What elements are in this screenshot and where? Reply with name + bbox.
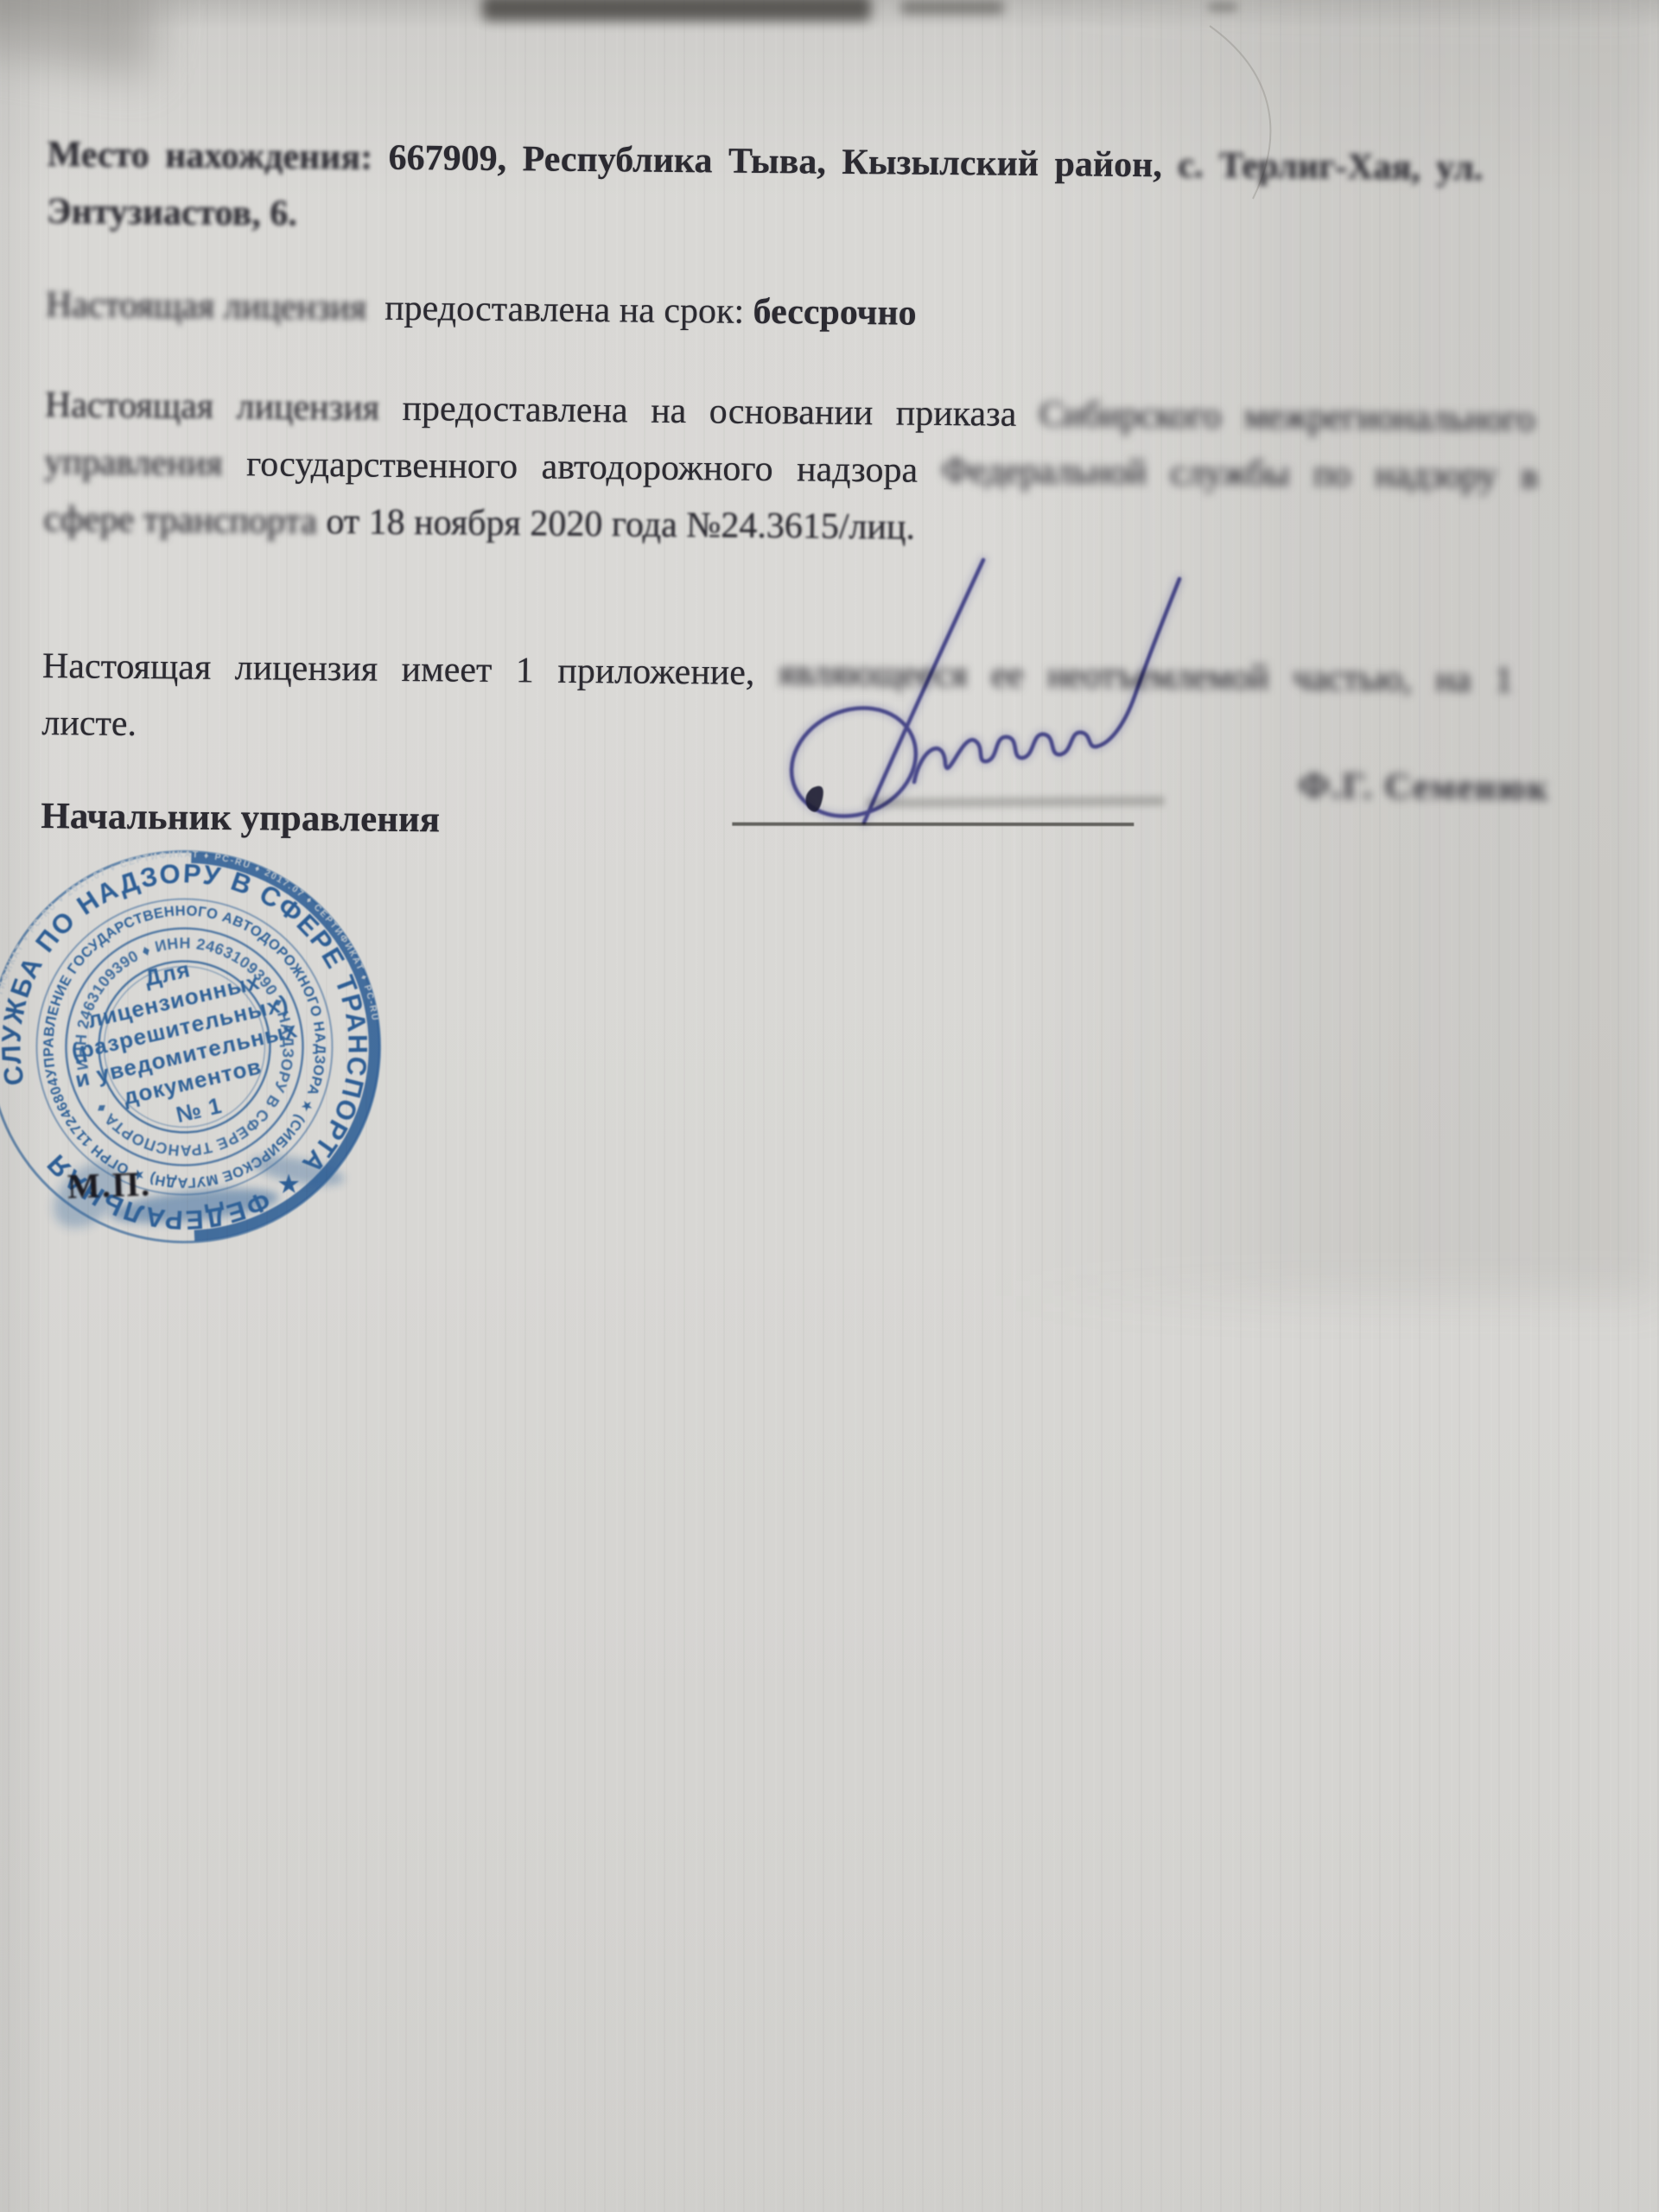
location-lead: Место нахождения: (48, 135, 373, 178)
location-paragraph: Место нахождения: 667909, Республика Тыв… (47, 126, 1558, 255)
basis-l1-mid: предоставлена на основании приказа (379, 389, 1039, 435)
signature-ink-bleed (774, 560, 1179, 836)
term-line: Настоящая лицензия предоставлена на срок… (46, 276, 1557, 348)
term-lead: Настоящая лицензия (46, 285, 367, 328)
basis-l2-lead: управления (44, 442, 223, 484)
term-mid: предоставлена на срок: (366, 289, 753, 332)
handwritten-signature (709, 484, 1313, 881)
basis-l1-tail: Сибирского межрегионального (1039, 395, 1535, 440)
location-mid: 667909, Республика Тыва, Кызылский район… (372, 138, 1162, 186)
stamp-center-text: Для лицензионных (разрешительных) и увед… (54, 935, 313, 1147)
location-tail: с. Терлиг-Хая, ул. (1162, 145, 1484, 188)
term-value: бессрочно (753, 292, 916, 334)
signer-name: Ф.Г. Семенюк (1299, 766, 1550, 810)
mp-seal-label: М.П. (67, 1163, 151, 1206)
svg-text:№ 1: № 1 (174, 1092, 225, 1128)
attachment-lead: Настоящая лицензия имеет 1 приложение, (42, 646, 779, 693)
signature-strokes (774, 560, 1179, 836)
basis-l3-lead: сфере транспорта (43, 499, 317, 542)
photographed-license-document: Место нахождения: 667909, Республика Тыв… (0, 0, 1659, 2212)
basis-l1-lead: Настоящая лицензия (45, 385, 380, 429)
term-paragraph: Настоящая лицензия предоставлена на срок… (46, 276, 1557, 348)
